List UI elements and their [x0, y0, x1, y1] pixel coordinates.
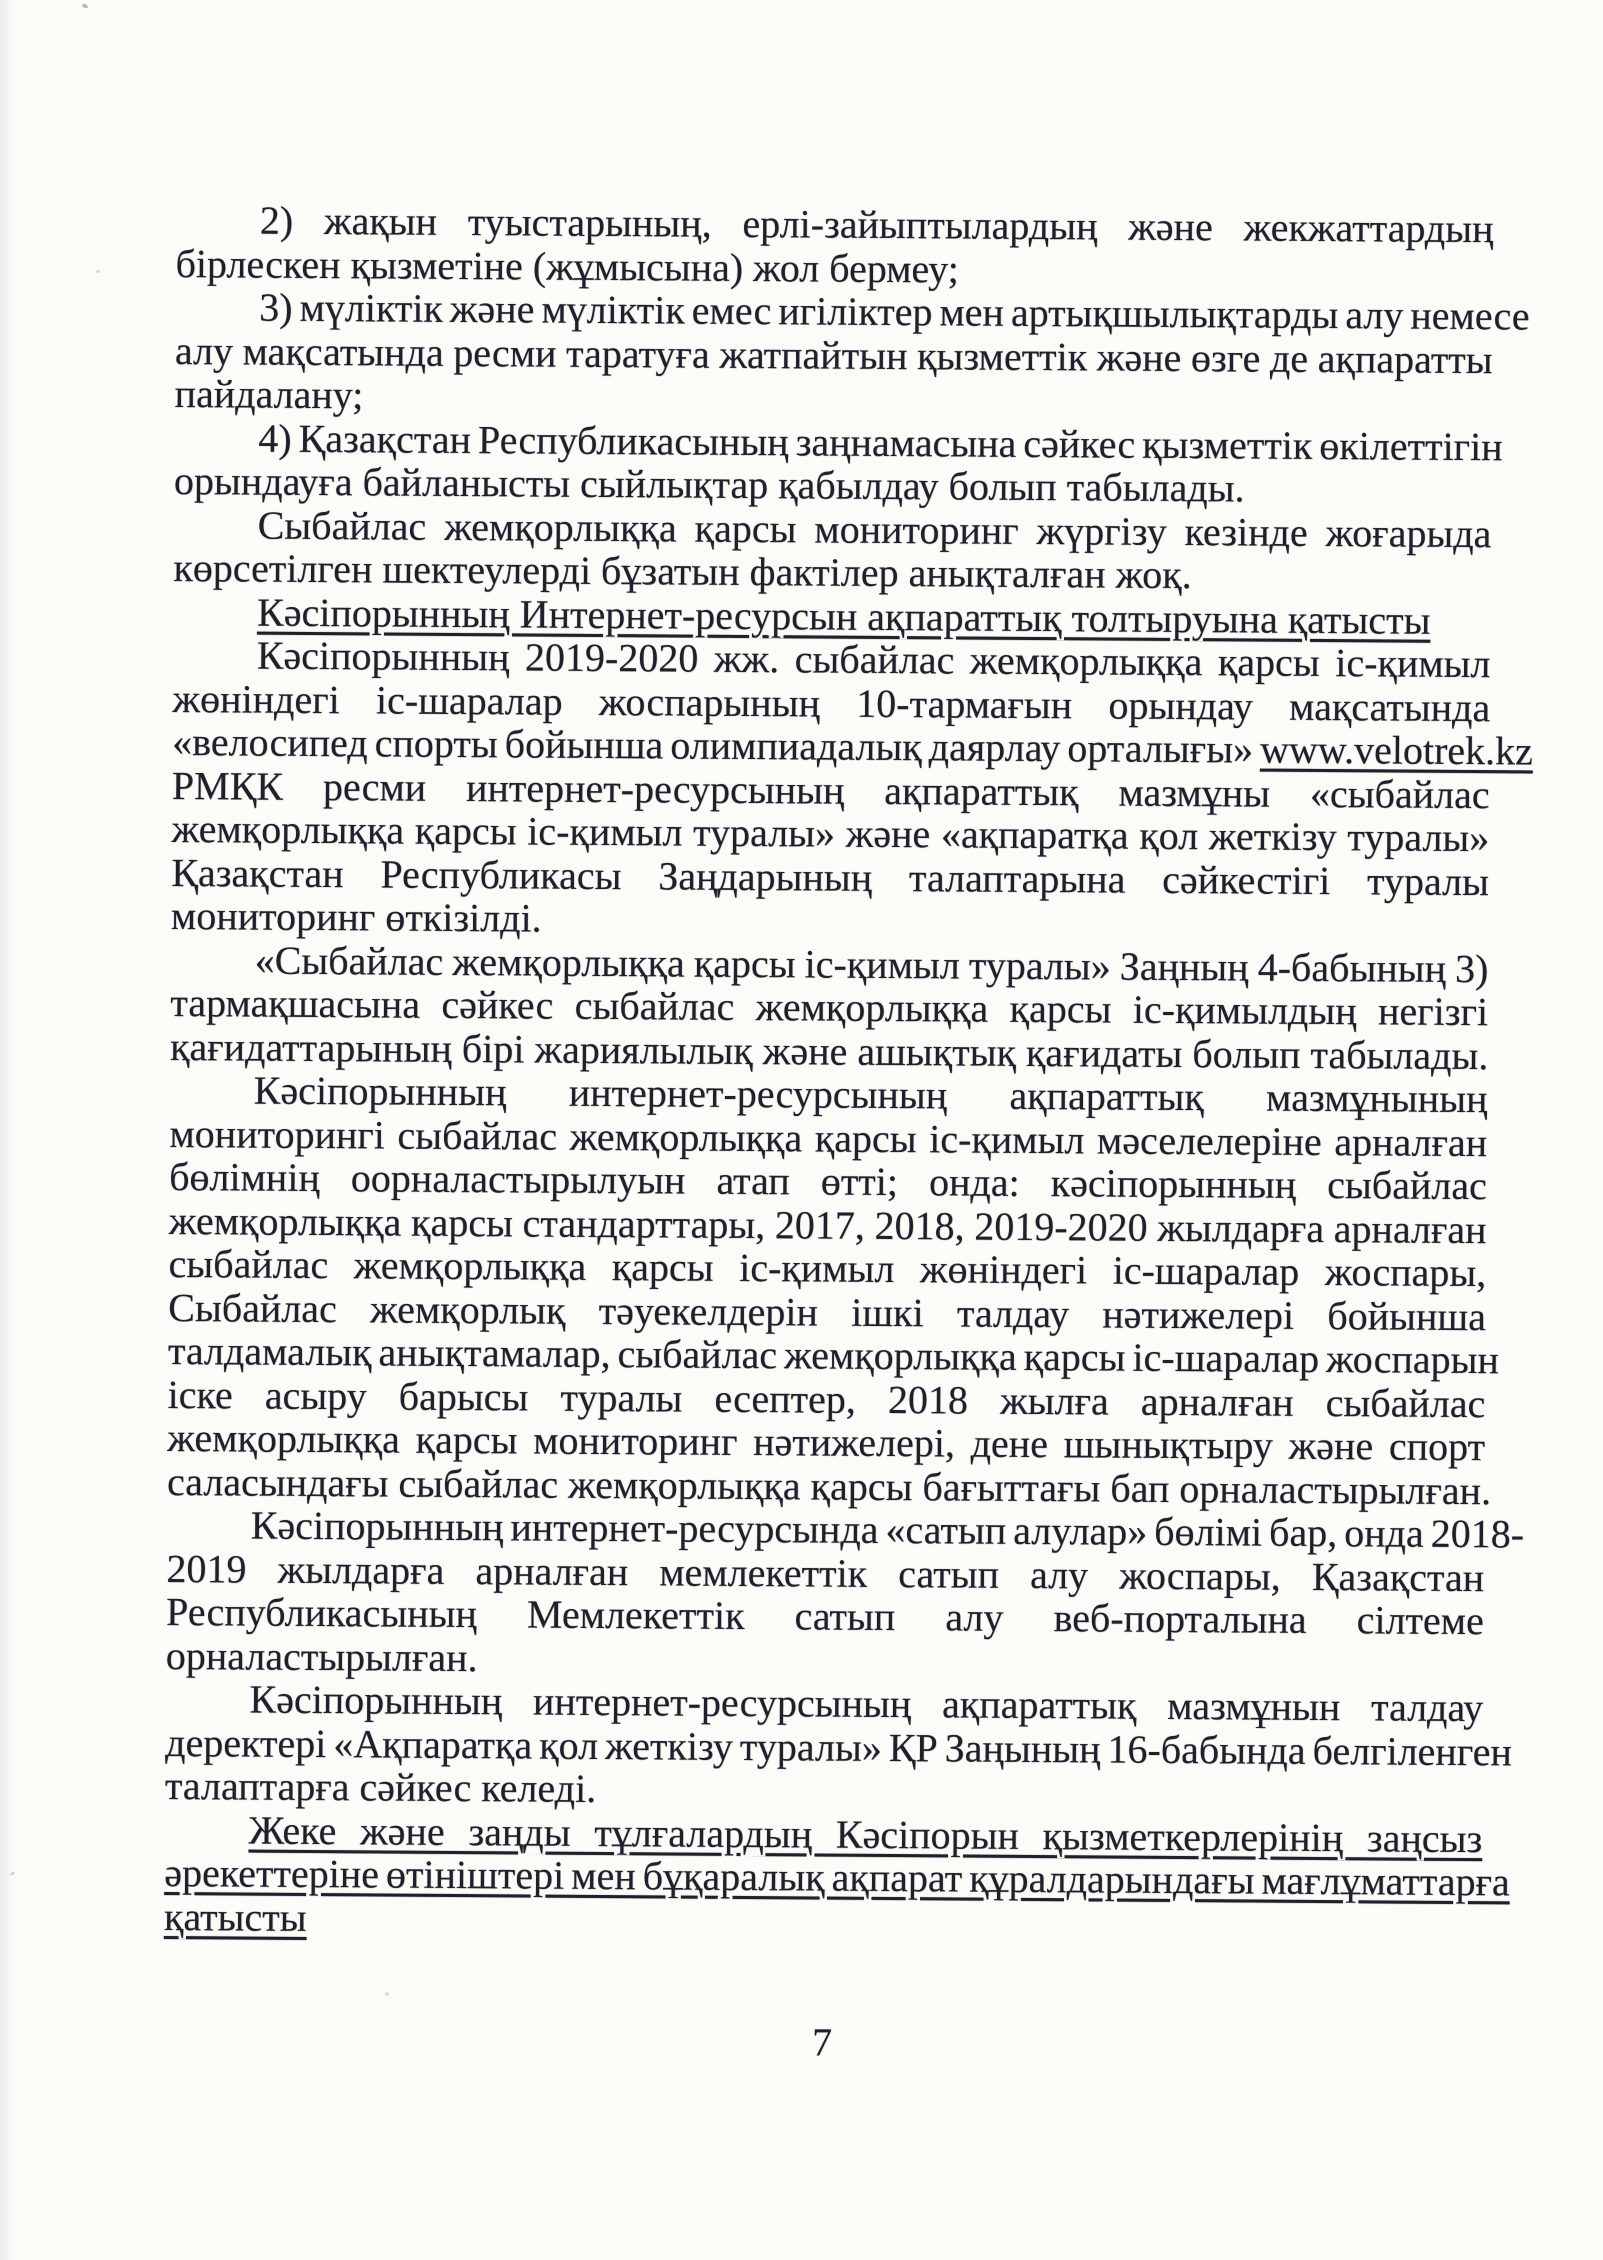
paragraph: Кәсіпорынның интернет-ресурсында «сатып …: [166, 1503, 1485, 1686]
paragraph: 4) Қазақстан Республикасының заңнамасына…: [174, 415, 1493, 511]
paragraphs-container: 2) жақын туыстарының, ерлі-зайыптылардың…: [164, 198, 1494, 1947]
paragraph: Кәсіпорынның интернет-ресурсының ақпарат…: [165, 1677, 1484, 1817]
paragraph: Сыбайлас жемқорлыққа қарсы мониторинг жү…: [173, 502, 1492, 598]
paragraph: Кәсіпорынның интернет-ресурсының ақпарат…: [167, 1068, 1488, 1512]
velotrek-link[interactable]: www.velotrek.kz: [1260, 727, 1533, 774]
text-line: алу мақсатында ресми таратуға жатпайтын …: [175, 328, 1493, 381]
paragraph: 3) мүліктік және мүліктік емес игіліктер…: [174, 285, 1493, 425]
page-number: 7: [163, 2016, 1481, 2069]
text-block: 2) жақын туыстарының, ерлі-зайыптылардың…: [163, 198, 1494, 2069]
paragraph: Кәсіпорынның 2019-2020 жж. сыбайлас жемқ…: [171, 633, 1491, 947]
paragraph: 2) жақын туыстарының, ерлі-зайыптылардың…: [175, 198, 1494, 294]
scan-speck: [96, 270, 100, 273]
scan-speck: [10, 1871, 16, 1876]
document-page: 2) жақын туыстарының, ерлі-зайыптылардың…: [0, 0, 1603, 2260]
text-line: әрекеттеріне өтініштері мен бұқаралық ақ…: [164, 1851, 1482, 1904]
paragraph: «Сыбайлас жемқорлыққа қарсы іс-қимыл тур…: [170, 937, 1489, 1077]
scan-speck: [81, 3, 88, 9]
section-heading: Жеке және заңды тұлғалардың Кәсіпорын қы…: [164, 1807, 1483, 1947]
